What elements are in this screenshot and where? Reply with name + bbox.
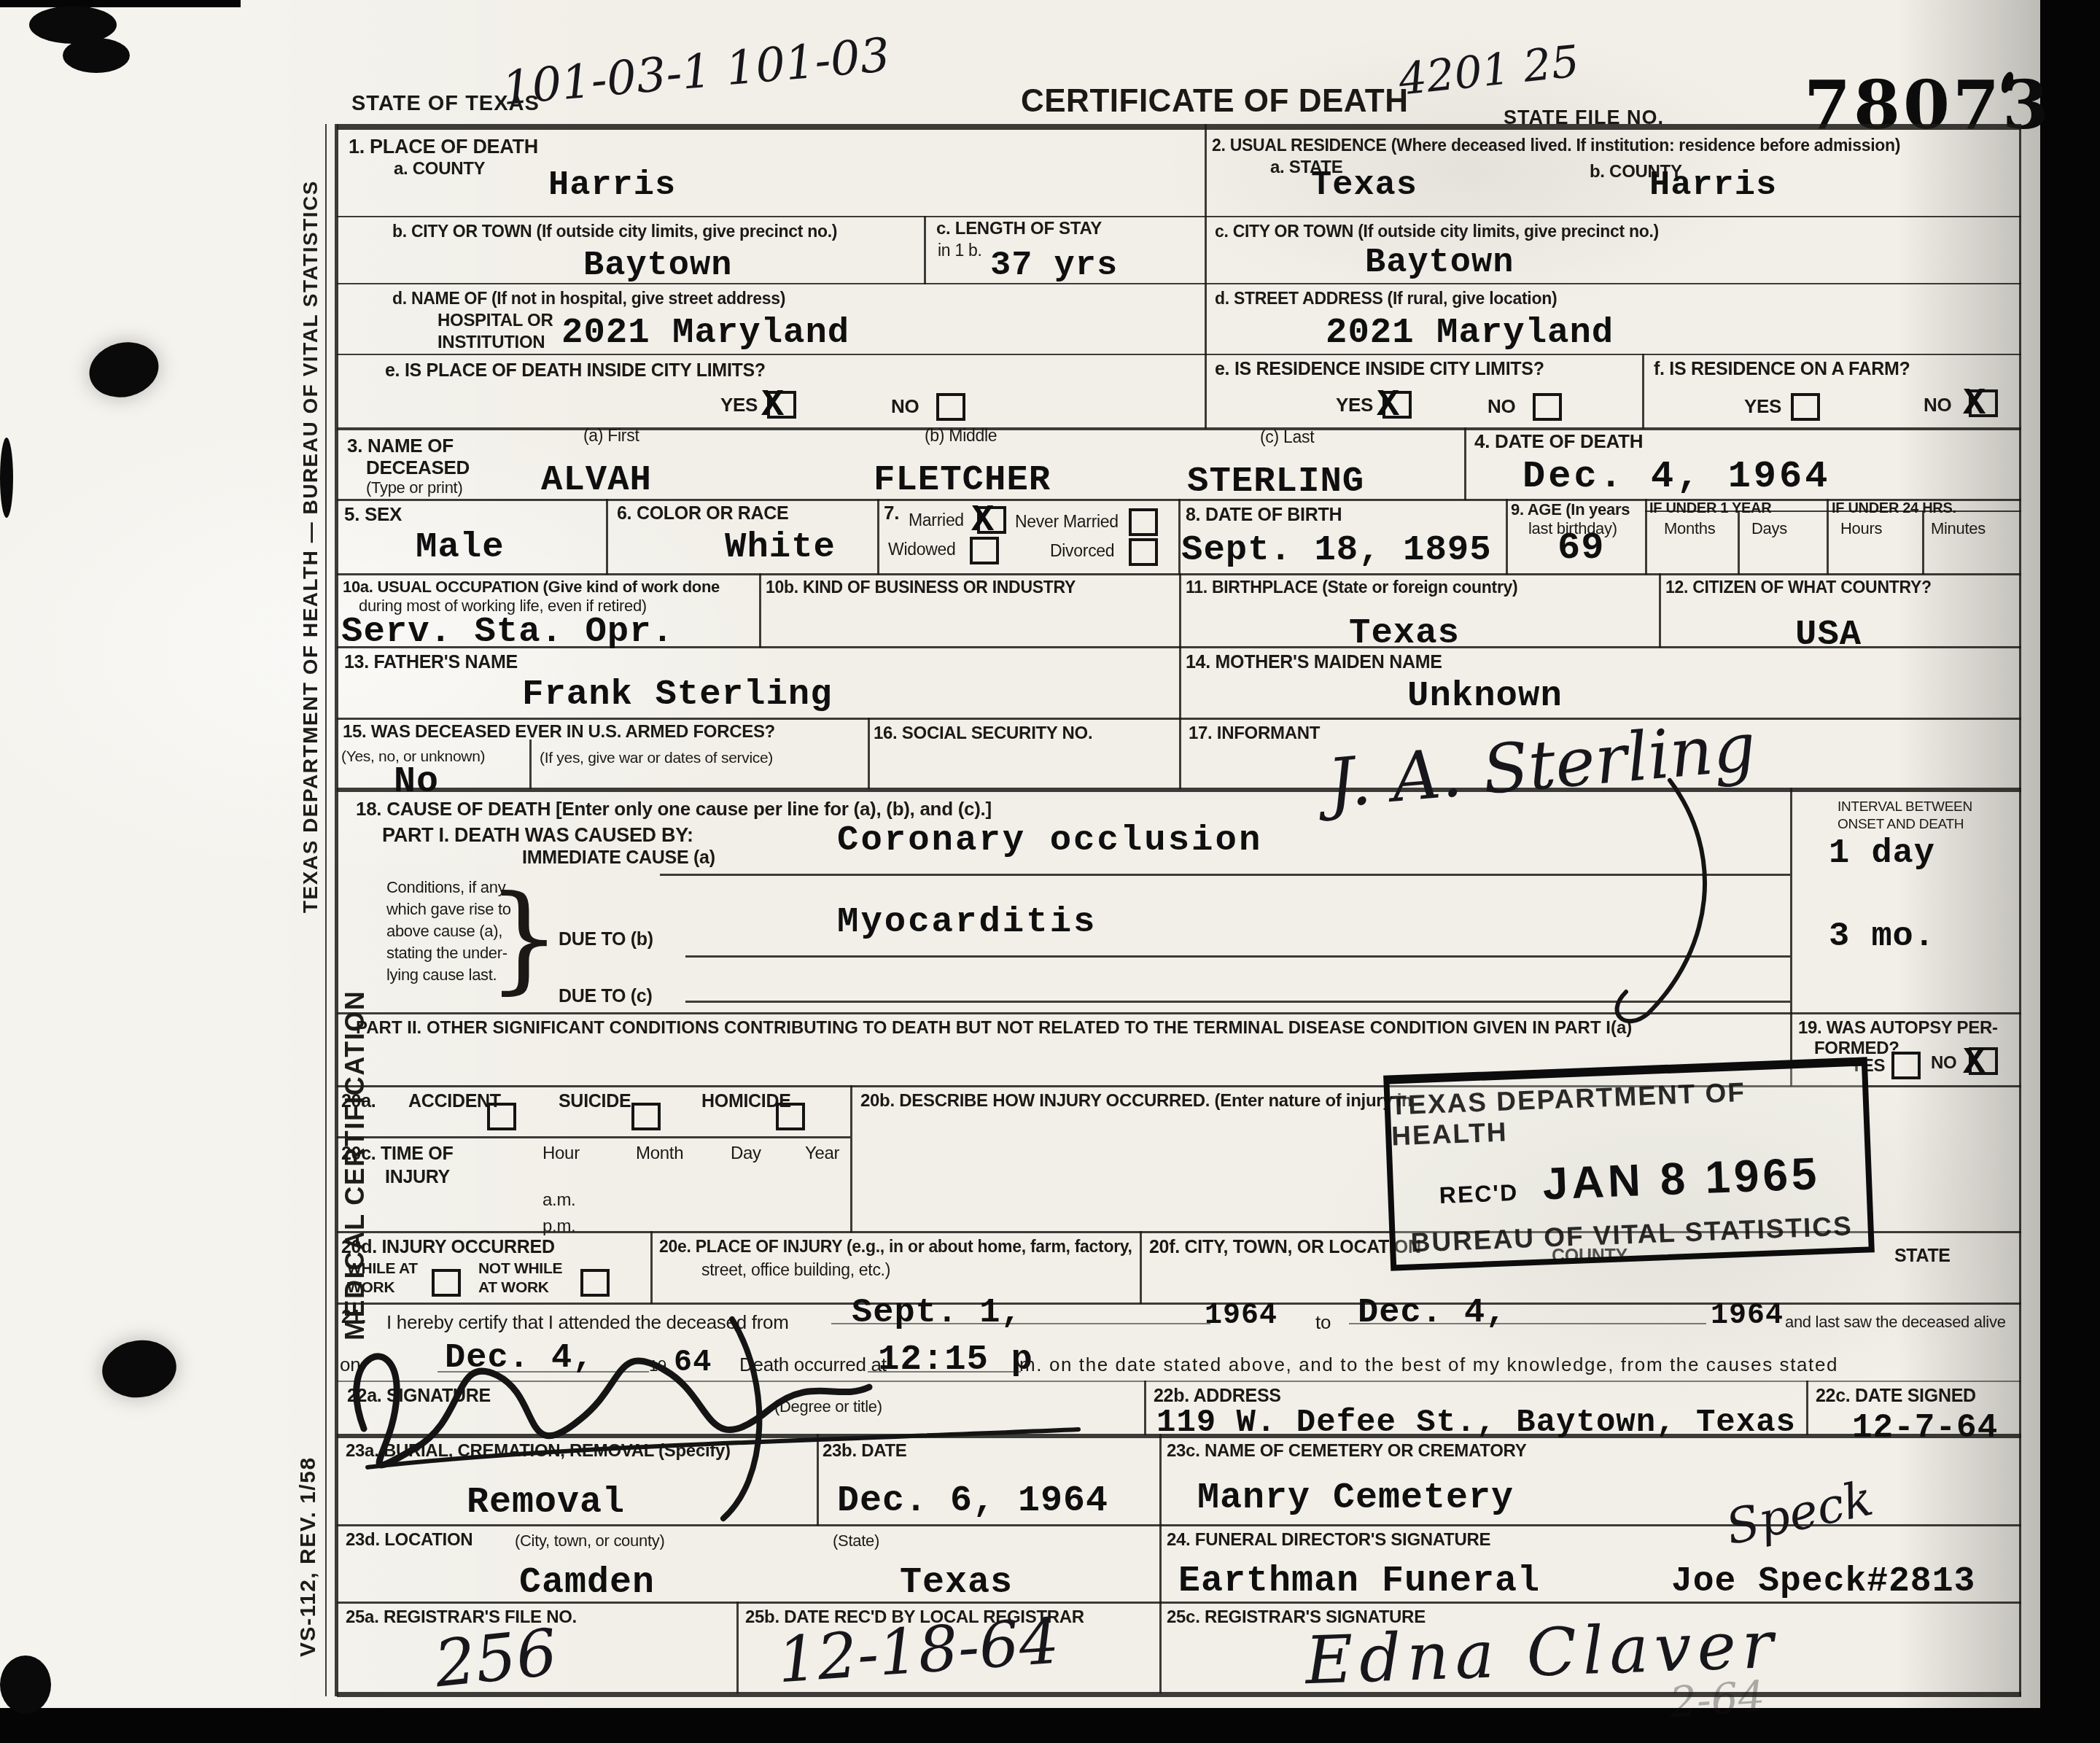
mothers-maiden-name-label: 14. MOTHER'S MAIDEN NAME (1186, 652, 1442, 673)
occupation-value: Serv. Sta. Opr. (341, 611, 674, 652)
scan-artifact (0, 1655, 51, 1714)
color-race-label: 6. COLOR OR RACE (617, 503, 789, 524)
scanned-death-certificate: TEXAS DEPARTMENT OF HEALTH — BUREAU OF V… (0, 0, 2100, 1743)
armed-forces-label: 15. WAS DECEASED EVER IN U.S. ARMED FORC… (343, 722, 775, 742)
date-signed-value: 12-7-64 (1852, 1409, 1998, 1447)
under-24-hrs-label: IF UNDER 24 HRS. (1832, 500, 1956, 517)
form-line (1140, 1231, 1142, 1304)
time-of-injury-label-2: INJURY (385, 1167, 450, 1188)
location-city-sublabel: (City, town, or county) (515, 1532, 664, 1550)
birthplace-label: 11. BIRTHPLACE (State or foreign country… (1186, 578, 1517, 597)
place-of-death-title: 1. PLACE OF DEATH (349, 136, 538, 158)
age-label: 9. AGE (In years (1511, 500, 1630, 519)
form-line (337, 1012, 2021, 1014)
fathers-name-label: 13. FATHER'S NAME (344, 652, 518, 673)
months-label: Months (1664, 519, 1715, 538)
married-label: Married (909, 511, 964, 530)
due-to-b-label: DUE TO (b) (559, 929, 653, 950)
time-of-injury-label-1: 20c. TIME OF (341, 1144, 453, 1165)
form-line (529, 739, 532, 789)
informant-label: 17. INFORMANT (1189, 723, 1320, 744)
occupation-label: 10a. USUAL OCCUPATION (Give kind of work… (343, 578, 720, 597)
form-line (650, 1231, 653, 1304)
last-name-label: (c) Last (1260, 427, 1314, 447)
interval-label-2: ONSET AND DEATH (1837, 817, 1964, 833)
place-of-injury-label-1: 20e. PLACE OF INJURY (e.g., in or about … (659, 1237, 1132, 1257)
marital-status-label: 7. (884, 502, 899, 524)
funeral-home-value: Earthman Funeral (1178, 1561, 1540, 1602)
length-of-stay-sublabel: in 1 b. (938, 241, 982, 260)
residence-county-value: Harris (1649, 166, 1777, 205)
accident-checkbox (487, 1103, 516, 1130)
form-line (1790, 788, 1792, 1087)
while-at-work-label-1: WHILE AT (347, 1260, 418, 1278)
day-label: Day (731, 1144, 761, 1164)
conditions-line-5: lying cause last. (386, 966, 497, 985)
city-or-town-label: b. CITY OR TOWN (If outside city limits,… (392, 222, 837, 241)
form-line (877, 499, 879, 575)
form-line (337, 354, 2021, 355)
cause-of-death-label: 18. CAUSE OF DEATH [Enter only one cause… (356, 798, 992, 820)
informant-signature-flourish (1560, 773, 1735, 1028)
date-of-birth-value: Sept. 18, 1895 (1181, 529, 1492, 570)
place-of-injury-label-2: street, office building, etc.) (701, 1260, 890, 1280)
middle-name-value: FLETCHER (874, 459, 1051, 500)
residence-farm-no-mark: X (1963, 382, 1986, 425)
scan-artifact (0, 438, 13, 518)
middle-name-label: (b) Middle (925, 426, 997, 446)
divorced-checkbox (1129, 538, 1158, 566)
death-city-limits-label: e. IS PLACE OF DEATH INSIDE CITY LIMITS? (385, 360, 766, 381)
cemetery-value: Manry Cemetery (1197, 1478, 1514, 1519)
residence-state-value: Texas (1311, 166, 1417, 205)
hours-label: Hours (1840, 519, 1882, 538)
injury-state-label: STATE (1894, 1246, 1951, 1267)
date-signed-label: 22c. DATE SIGNED (1816, 1386, 1976, 1407)
residence-farm-yes-checkbox (1791, 393, 1820, 421)
form-line (2019, 124, 2021, 1696)
hospital-label-3: INSTITUTION (437, 333, 545, 353)
date-of-death-value: Dec. 4, 1964 (1522, 455, 1830, 498)
not-while-at-work-checkbox (580, 1269, 610, 1297)
type-or-print-label: (Type or print) (366, 478, 462, 497)
residence-city-limits-yes-label: YES (1336, 394, 1373, 416)
due-to-b-interval: 3 mo. (1829, 917, 1935, 956)
form-line (1806, 1381, 1808, 1435)
form-line (1738, 511, 1740, 575)
form-line (1659, 573, 1661, 648)
hospital-label: d. NAME OF (If not in hospital, give str… (392, 289, 785, 308)
location-label: 23d. LOCATION (346, 1530, 472, 1550)
first-name-label: (a) First (583, 426, 639, 446)
attended-to-date: Dec. 4, (1358, 1294, 1506, 1332)
hour-label: Hour (542, 1144, 580, 1164)
location-state-sublabel: (State) (833, 1532, 879, 1550)
certify-text-2: and last saw the deceased alive (1785, 1313, 2006, 1332)
date-of-birth-label: 8. DATE OF BIRTH (1186, 505, 1342, 526)
am-label: a.m. (542, 1190, 575, 1211)
scan-artifact (0, 0, 241, 7)
death-street-value: 2021 Maryland (561, 312, 849, 353)
suicide-checkbox (631, 1103, 661, 1130)
immediate-cause-value: Coronary occlusion (837, 820, 1262, 861)
interval-label-1: INTERVAL BETWEEN (1837, 799, 1972, 815)
form-line (1205, 124, 1207, 429)
registrar-file-no-value: 256 (431, 1615, 561, 1702)
margin-agency-text: TEXAS DEPARTMENT OF HEALTH — BUREAU OF V… (299, 180, 322, 913)
accident-section-label: 20a. (341, 1091, 376, 1112)
business-industry-label: 10b. KIND OF BUSINESS OR INDUSTRY (766, 578, 1076, 597)
age-value: 69 (1557, 527, 1604, 570)
form-line (736, 1602, 739, 1693)
form-line (337, 1692, 2021, 1697)
widowed-label: Widowed (888, 540, 956, 559)
form-line (759, 573, 761, 648)
part2-label: PART II. OTHER SIGNIFICANT CONDITIONS CO… (356, 1018, 1632, 1039)
form-line (606, 499, 608, 575)
armed-forces-value: No (394, 761, 439, 803)
death-city-limits-no-checkbox (936, 393, 965, 421)
minutes-label: Minutes (1931, 519, 1986, 538)
form-line (1159, 1524, 1162, 1603)
citizen-label: 12. CITIZEN OF WHAT COUNTRY? (1665, 578, 1932, 597)
not-while-at-work-label-1: NOT WHILE (478, 1260, 562, 1278)
residence-farm-yes-label: YES (1744, 395, 1781, 418)
certificate-title: CERTIFICATE OF DEATH (1021, 83, 1408, 120)
funeral-director-typed-name: Joe Speck#2813 (1671, 1562, 1975, 1602)
social-security-label: 16. SOCIAL SECURITY NO. (874, 723, 1092, 744)
cemetery-label: 23c. NAME OF CEMETERY OR CREMATORY (1167, 1441, 1526, 1461)
residence-farm-no-label: NO (1924, 394, 1951, 416)
under-1-year-label: IF UNDER 1 YEAR (1649, 500, 1771, 517)
death-county-value: Harris (548, 166, 676, 205)
form-line (1464, 427, 1466, 500)
injury-city-label: 20f. CITY, TOWN, OR LOCATION (1149, 1237, 1421, 1258)
residence-city-value: Baytown (1365, 244, 1514, 282)
form-line (1179, 573, 1181, 648)
physician-signature (324, 1294, 1170, 1527)
injury-occurred-label: 20d. INJURY OCCURRED (341, 1237, 555, 1258)
married-mark: X (971, 499, 994, 542)
widowed-checkbox (970, 537, 999, 564)
margin-form-number: VS-112, REV. 1/58 (296, 1456, 321, 1657)
form-line (1179, 718, 1181, 789)
form-line (924, 216, 926, 284)
death-city-limits-yes-mark: X (761, 384, 784, 427)
autopsy-label-1: 19. WAS AUTOPSY PER- (1798, 1018, 1998, 1039)
never-married-label: Never Married (1015, 512, 1119, 532)
funeral-director-label: 24. FUNERAL DIRECTOR'S SIGNATURE (1167, 1530, 1490, 1550)
form-line (1178, 499, 1181, 575)
address-value: 119 W. Defee St., Baytown, Texas (1156, 1405, 1796, 1441)
stamp-bureau: BUREAU OF VITAL STATISTICS (1410, 1211, 1853, 1258)
autopsy-yes-checkbox (1891, 1052, 1921, 1079)
residence-city-limits-no-label: NO (1487, 395, 1515, 418)
death-city-limits-yes-label: YES (720, 394, 758, 416)
immediate-cause-interval: 1 day (1829, 834, 1935, 873)
armed-forces-sublabel-2: (If yes, give war or dates of service) (540, 750, 773, 767)
attended-from-year: 1964 (1205, 1300, 1277, 1332)
state-file-number: 78073 (1804, 66, 2052, 144)
form-line (337, 216, 2021, 217)
deceased-label: DECEASED (366, 457, 470, 479)
county-label: a. COUNTY (394, 159, 485, 179)
stamp-date: JAN 8 1965 (1541, 1147, 1821, 1210)
citizen-value: USA (1795, 614, 1862, 655)
month-label: Month (636, 1144, 683, 1164)
scan-edge-right (2040, 0, 2100, 1743)
form-line (850, 1085, 852, 1232)
form-line (337, 1136, 850, 1138)
residence-city-limits-no-checkbox (1533, 393, 1562, 421)
homicide-checkbox (776, 1103, 805, 1130)
sex-label: 5. SEX (344, 503, 402, 526)
autopsy-no-label: NO (1931, 1053, 1956, 1074)
due-to-c-label: DUE TO (c) (559, 986, 653, 1007)
address-label: 22b. ADDRESS (1154, 1386, 1281, 1407)
form-line (1179, 646, 1181, 719)
scan-edge-bottom (0, 1708, 2100, 1743)
stamp-agency: TEXAS DEPARTMENT OF HEALTH (1390, 1072, 1864, 1152)
divorced-label: Divorced (1050, 541, 1114, 561)
conditions-line-3: above cause (a), (386, 922, 502, 941)
received-stamp: TEXAS DEPARTMENT OF HEALTH REC'D JAN 8 1… (1383, 1057, 1875, 1270)
name-of-label: 3. NAME OF (347, 435, 454, 457)
attended-to-year: 1964 (1711, 1300, 1784, 1332)
autopsy-no-mark: X (1963, 1041, 1986, 1084)
first-name-value: ALVAH (541, 459, 652, 500)
location-state-value: Texas (900, 1562, 1013, 1604)
year-label: Year (805, 1144, 839, 1164)
usual-residence-title: 2. USUAL RESIDENCE (Where deceased lived… (1212, 136, 1900, 155)
never-married-checkbox (1129, 508, 1158, 536)
date-of-death-label: 4. DATE OF DEATH (1474, 430, 1643, 453)
form-line (1645, 499, 1647, 575)
form-line (337, 124, 2021, 130)
death-city-limits-no-label: NO (891, 395, 919, 418)
faint-bottom-note: 2-64 (1668, 1672, 1767, 1728)
hospital-label-2: HOSPITAL OR (437, 311, 553, 331)
pm-label: p.m. (542, 1216, 575, 1237)
residence-farm-label: f. IS RESIDENCE ON A FARM? (1654, 359, 1910, 380)
to-label: to (1315, 1311, 1331, 1334)
residence-city-limits-yes-mark: X (1377, 384, 1399, 427)
residence-street-value: 2021 Maryland (1326, 312, 1614, 353)
while-at-work-checkbox (432, 1269, 461, 1297)
form-line (1642, 354, 1644, 429)
sex-value: Male (416, 527, 505, 567)
residence-city-limits-label: e. IS RESIDENCE INSIDE CITY LIMITS? (1215, 359, 1544, 380)
scan-artifact (63, 38, 130, 73)
birthplace-value: Texas (1349, 613, 1460, 653)
last-name-value: STERLING (1187, 461, 1364, 502)
length-of-stay-label: c. LENGTH OF STAY (936, 219, 1102, 239)
color-race-value: White (725, 527, 836, 567)
mothers-maiden-name-value: Unknown (1407, 675, 1563, 716)
suicide-label: SUICIDE (559, 1091, 631, 1112)
immediate-cause-label: IMMEDIATE CAUSE (a) (522, 847, 715, 869)
form-line (1827, 499, 1829, 575)
location-city-value: Camden (519, 1562, 655, 1604)
form-line (868, 718, 870, 789)
death-city-value: Baytown (583, 246, 732, 285)
stamp-recd-label: REC'D (1439, 1179, 1519, 1208)
length-of-stay-value: 37 yrs (990, 246, 1118, 285)
residence-city-label: c. CITY OR TOWN (If outside city limits,… (1215, 222, 1659, 241)
form-line (1922, 511, 1924, 575)
part1-label: PART I. DEATH WAS CAUSED BY: (382, 824, 693, 847)
describe-injury-label: 20b. DESCRIBE HOW INJURY OCCURRED. (Ente… (860, 1091, 1412, 1111)
conditions-brace: } (487, 869, 561, 1006)
due-to-b-value: Myocarditis (837, 901, 1097, 942)
form-line (1159, 1602, 1162, 1693)
form-line (1506, 499, 1508, 575)
residence-street-label: d. STREET ADDRESS (If rural, give locati… (1215, 289, 1557, 308)
days-label: Days (1751, 519, 1787, 538)
fathers-name-value: Frank Sterling (522, 674, 833, 715)
